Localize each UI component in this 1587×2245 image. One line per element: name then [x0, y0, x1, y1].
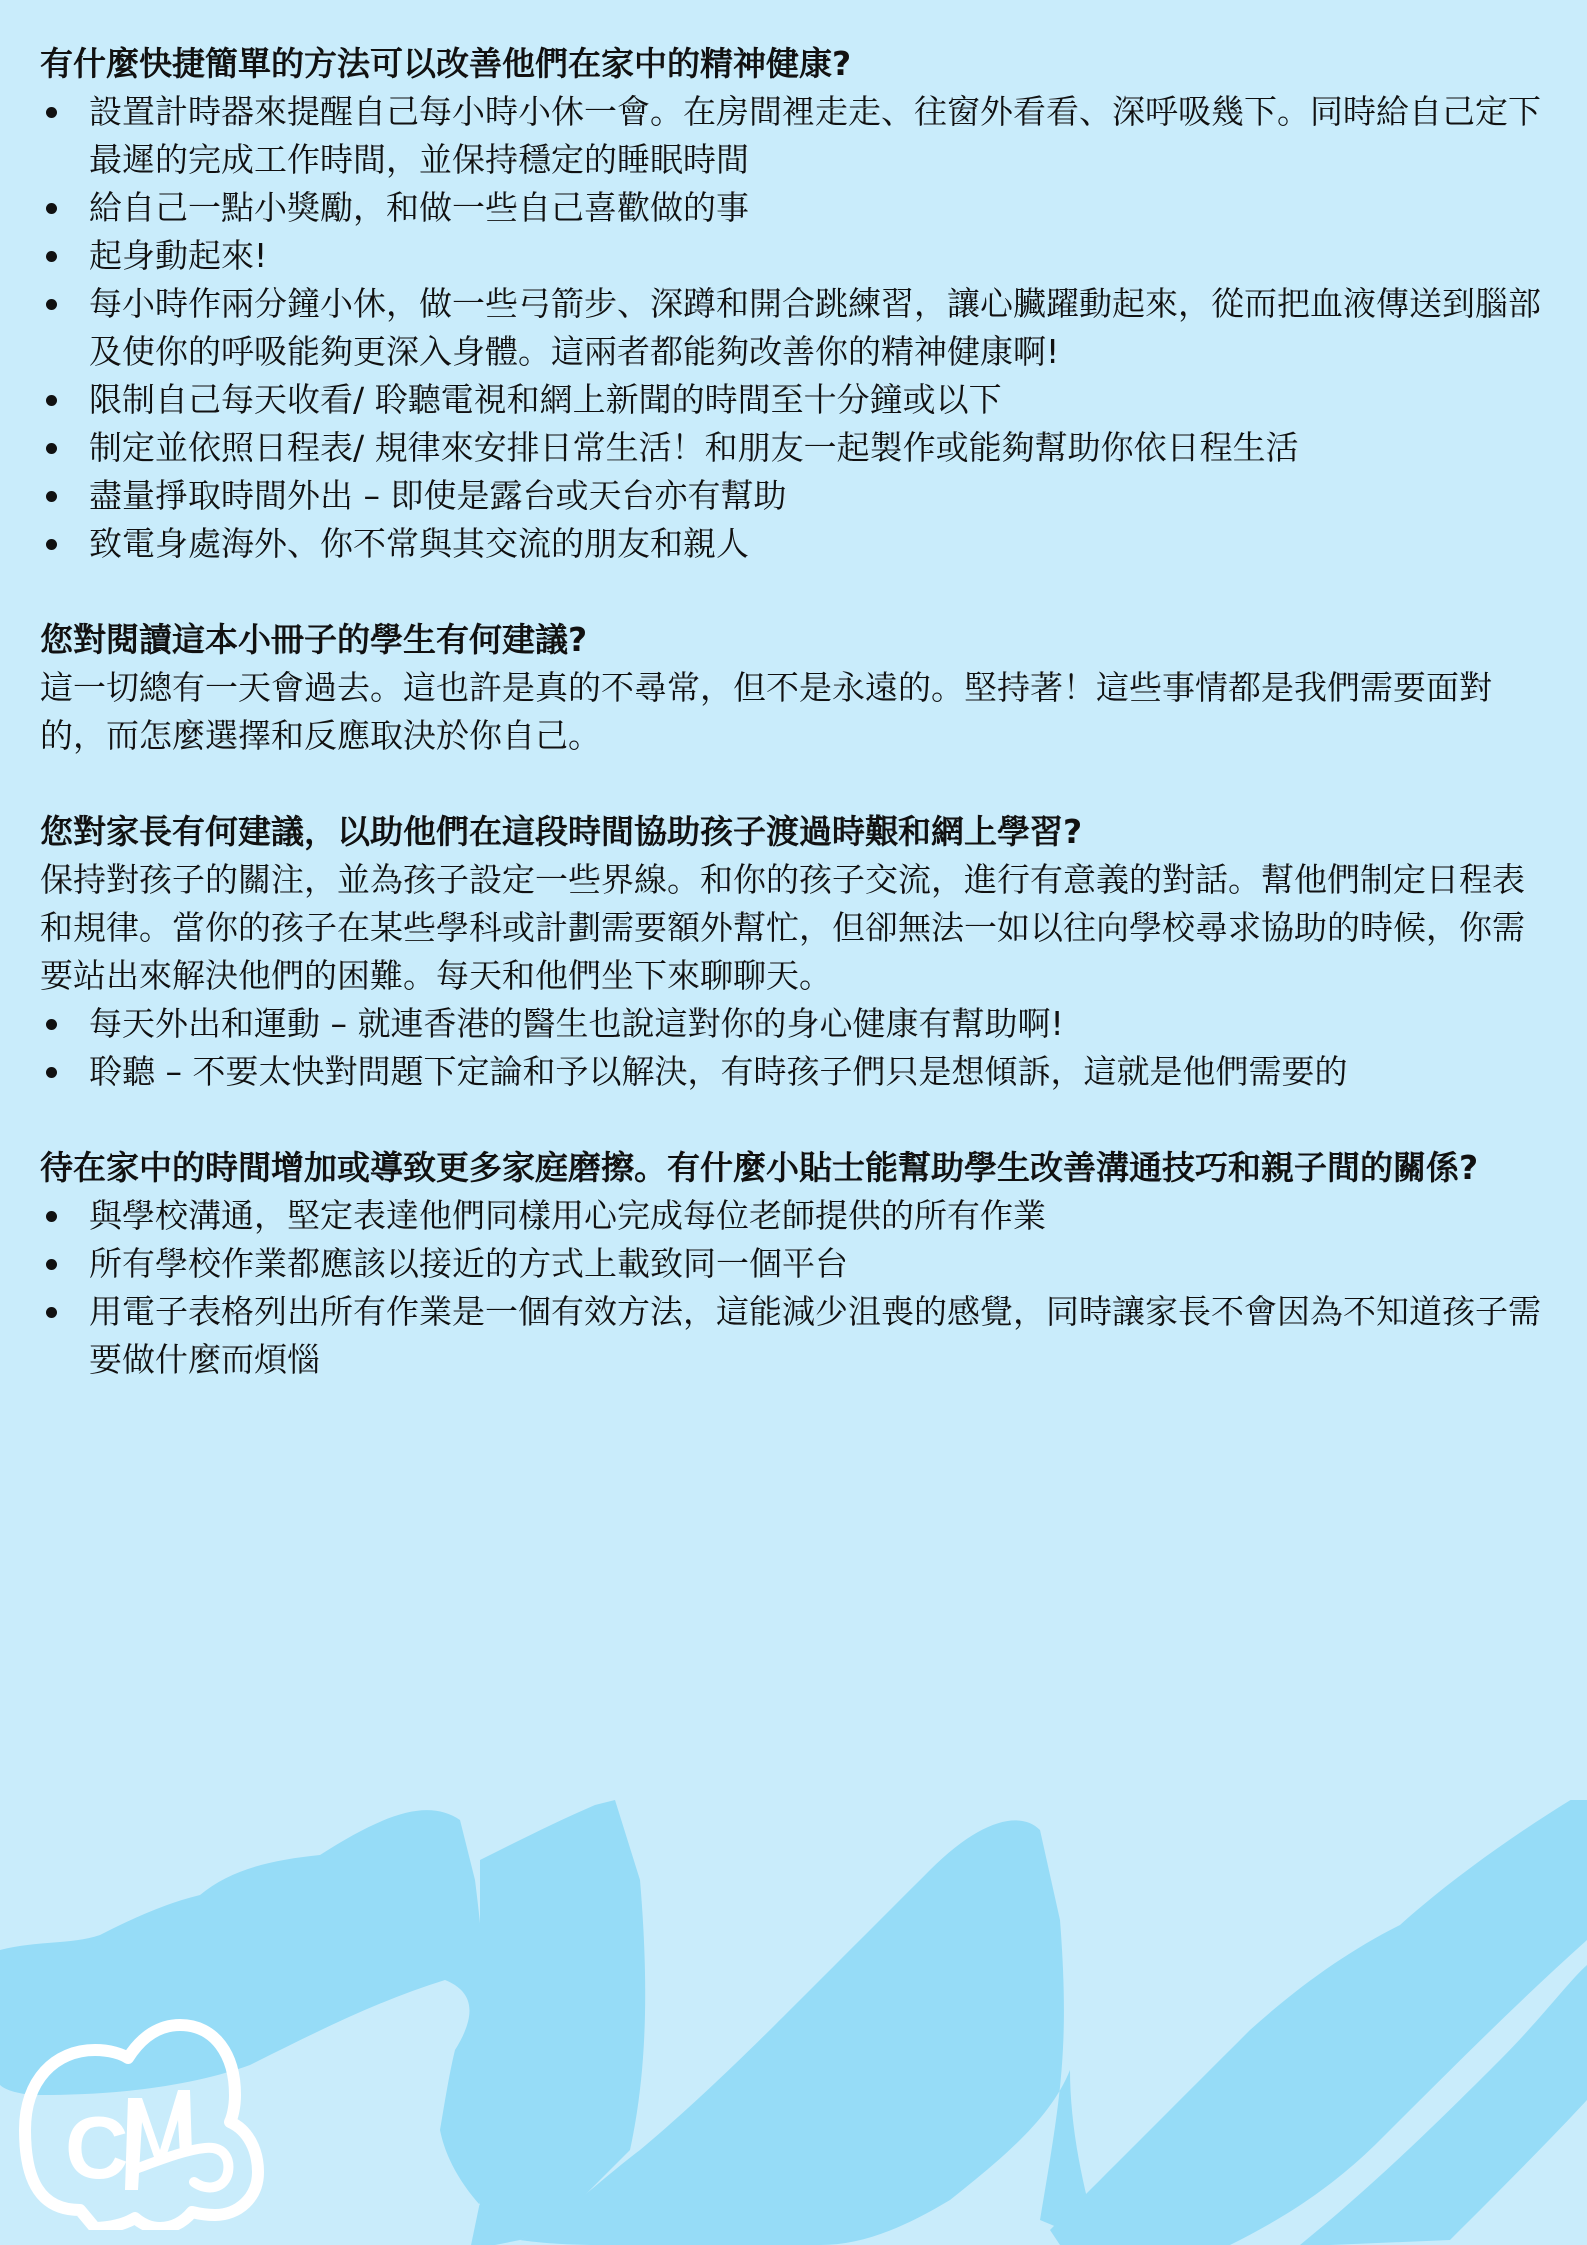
list-item: 給自己一點小獎勵，和做一些自己喜歡做的事: [40, 184, 1550, 232]
bullet-icon: [46, 1307, 57, 1318]
section-family-communication: 待在家中的時間增加或導致更多家庭磨擦。有什麼小貼士能幫助學生改善溝通技巧和親子間…: [40, 1144, 1550, 1384]
logo-text: C: [65, 2098, 129, 2197]
bullet-list: 設置計時器來提醒自己每小時小休一會。在房間裡走走、往窗外看看、深呼吸幾下。同時給…: [40, 88, 1550, 568]
bullet-icon: [46, 1067, 57, 1078]
bullet-icon: [46, 107, 57, 118]
section-heading: 您對家長有何建議，以助他們在這段時間協助孩子渡過時艱和網上學習?: [40, 808, 1550, 856]
list-item: 制定並依照日程表/ 規律來安排日常生活！和朋友一起製作或能夠幫助你依日程生活: [40, 424, 1550, 472]
bullet-icon: [46, 539, 57, 550]
bullet-list: 每天外出和運動 – 就連香港的醫生也說這對你的身心健康有幫助啊! 聆聽 – 不要…: [40, 1000, 1550, 1096]
bullet-icon: [46, 395, 57, 406]
list-item: 每天外出和運動 – 就連香港的醫生也說這對你的身心健康有幫助啊!: [40, 1000, 1550, 1048]
section-advice-for-parents: 您對家長有何建議，以助他們在這段時間協助孩子渡過時艱和網上學習? 保持對孩子的關…: [40, 808, 1550, 1096]
list-item: 設置計時器來提醒自己每小時小休一會。在房間裡走走、往窗外看看、深呼吸幾下。同時給…: [40, 88, 1550, 184]
bullet-icon: [46, 203, 57, 214]
bullet-icon: [46, 251, 57, 262]
document-page: 有什麼快捷簡單的方法可以改善他們在家中的精神健康? 設置計時器來提醒自己每小時小…: [40, 40, 1550, 1432]
section-heading: 您對閱讀這本小冊子的學生有何建議?: [40, 616, 1550, 664]
bullet-list: 與學校溝通，堅定表達他們同樣用心完成每位老師提供的所有作業 所有學校作業都應該以…: [40, 1192, 1550, 1384]
section-heading: 有什麼快捷簡單的方法可以改善他們在家中的精神健康?: [40, 40, 1550, 88]
bullet-icon: [46, 1259, 57, 1270]
cloud-logo-icon: C: [10, 2010, 270, 2230]
bullet-icon: [46, 299, 57, 310]
bullet-icon: [46, 1019, 57, 1030]
section-mental-health-tips: 有什麼快捷簡單的方法可以改善他們在家中的精神健康? 設置計時器來提醒自己每小時小…: [40, 40, 1550, 568]
list-item: 用電子表格列出所有作業是一個有效方法，這能減少沮喪的感覺，同時讓家長不會因為不知…: [40, 1288, 1550, 1384]
list-item: 盡量掙取時間外出 – 即使是露台或天台亦有幫助: [40, 472, 1550, 520]
section-paragraph: 保持對孩子的關注，並為孩子設定一些界線。和你的孩子交流，進行有意義的對話。幫他們…: [40, 856, 1550, 1000]
list-item: 所有學校作業都應該以接近的方式上載致同一個平台: [40, 1240, 1550, 1288]
section-advice-for-students: 您對閱讀這本小冊子的學生有何建議? 這一切總有一天會過去。這也許是真的不尋常，但…: [40, 616, 1550, 760]
list-item: 與學校溝通，堅定表達他們同樣用心完成每位老師提供的所有作業: [40, 1192, 1550, 1240]
list-item: 起身動起來!: [40, 232, 1550, 280]
list-item: 聆聽 – 不要太快對問題下定論和予以解決，有時孩子們只是想傾訴，這就是他們需要的: [40, 1048, 1550, 1096]
section-paragraph: 這一切總有一天會過去。這也許是真的不尋常，但不是永遠的。堅持著！這些事情都是我們…: [40, 664, 1550, 760]
bullet-icon: [46, 1211, 57, 1222]
bullet-icon: [46, 443, 57, 454]
bullet-icon: [46, 491, 57, 502]
list-item: 限制自己每天收看/ 聆聽電視和網上新聞的時間至十分鐘或以下: [40, 376, 1550, 424]
list-item: 每小時作兩分鐘小休，做一些弓箭步、深蹲和開合跳練習，讓心臟躍動起來，從而把血液傳…: [40, 280, 1550, 376]
list-item: 致電身處海外、你不常與其交流的朋友和親人: [40, 520, 1550, 568]
section-heading: 待在家中的時間增加或導致更多家庭磨擦。有什麼小貼士能幫助學生改善溝通技巧和親子間…: [40, 1144, 1550, 1192]
